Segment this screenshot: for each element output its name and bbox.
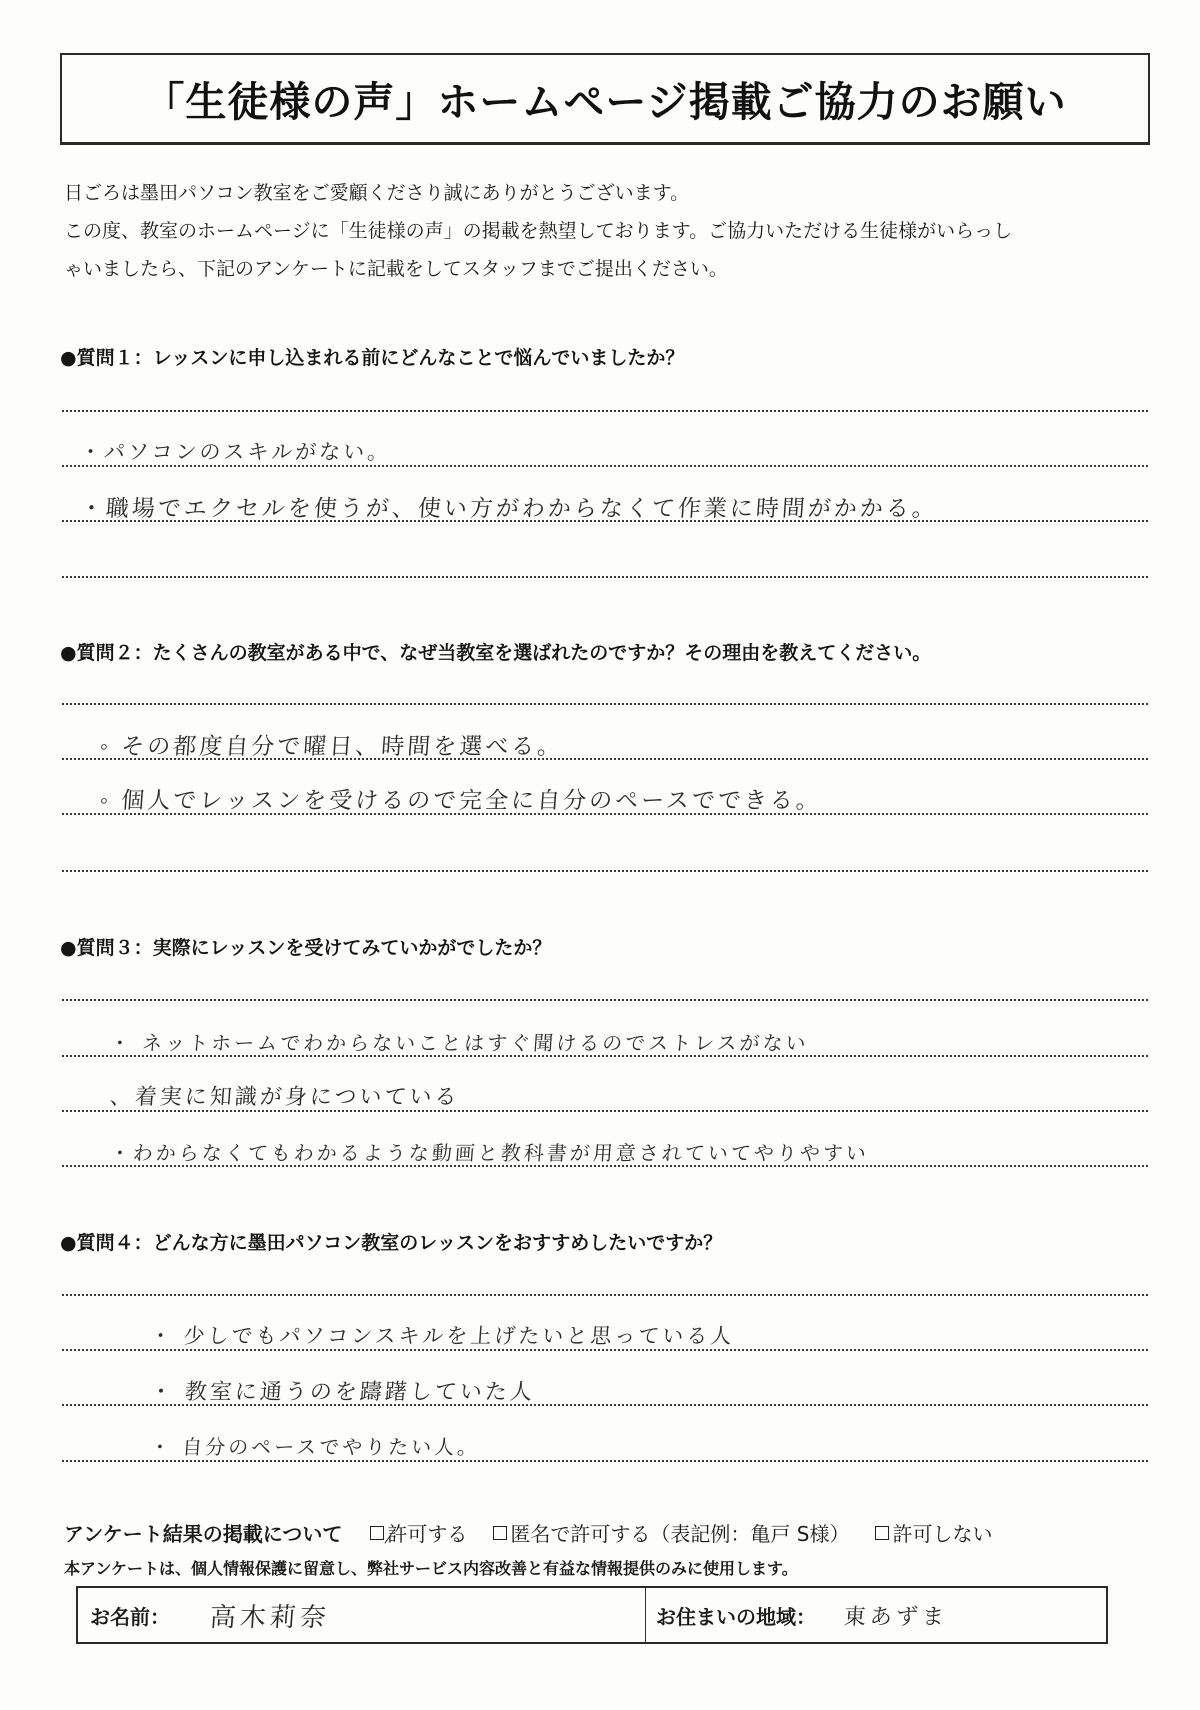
answer-line	[62, 410, 1148, 412]
name-field[interactable]: 高木莉奈	[209, 1597, 332, 1634]
checkbox-icon[interactable]	[493, 1526, 507, 1540]
answer-line	[62, 520, 1148, 522]
area-field[interactable]: 東あずま	[843, 1600, 949, 1631]
answer-line	[62, 1294, 1148, 1296]
answer-line	[62, 813, 1148, 815]
area-label: お住まいの地域：	[656, 1601, 816, 1630]
consent-option-deny[interactable]: 許可しない	[875, 1518, 992, 1547]
question-3-answer-3[interactable]: ・わからなくてもわかるような動画と教科書が用意されていてやりやすい	[109, 1137, 870, 1166]
name-label: お名前：	[90, 1601, 170, 1630]
answer-line	[62, 999, 1148, 1001]
answer-line	[62, 703, 1148, 705]
answer-line	[62, 1055, 1148, 1057]
consent-option-allow[interactable]: 許可する	[370, 1518, 467, 1547]
intro-line-2: この度、教室のホームページに「生徒様の声」の掲載を熱望しております。ご協力いただ…	[64, 216, 1012, 243]
title-box: 「生徒様の声」ホームページ掲載ご協力のお願い	[60, 53, 1150, 145]
question-3-answer-1[interactable]: ・ ネットホームでわからないことはすぐ聞けるのでストレスがない	[109, 1027, 810, 1056]
question-4-answer-2[interactable]: ・ 教室に通うのを躊躇していた人	[149, 1375, 536, 1406]
question-3-answer-2[interactable]: 、着実に知識が身についている	[109, 1080, 461, 1111]
consent-label: アンケート結果の掲載について	[64, 1518, 342, 1547]
intro-line-1: 日ごろは墨田パソコン教室をご愛顧くださり誠にありがとうございます。	[64, 178, 689, 205]
answer-line	[62, 1165, 1148, 1167]
respondent-info-box: お名前： 高木莉奈 お住まいの地域： 東あずま	[76, 1586, 1108, 1644]
answer-line	[62, 870, 1148, 872]
answer-line	[62, 1460, 1148, 1462]
checkbox-checked-icon[interactable]	[370, 1526, 384, 1540]
privacy-notice: 本アンケートは、個人情報保護に留意し、弊社サービス内容改善と有益な情報提供のみに…	[64, 1556, 798, 1579]
answer-line	[62, 758, 1148, 760]
question-1-answer-1[interactable]: ・パソコンのスキルがない。	[79, 436, 392, 466]
question-4-heading: ●質問４：どんな方に墨田パソコン教室のレッスンをおすすめしたいですか？	[60, 1228, 722, 1255]
answer-line	[62, 1349, 1148, 1351]
question-4-answer-1[interactable]: ・ 少しでもパソコンスキルを上げたいと思っている人	[149, 1320, 736, 1350]
question-1-heading: ●質問１：レッスンに申し込まれる前にどんなことで悩んでいましたか？	[60, 343, 684, 370]
answer-line	[62, 576, 1148, 578]
intro-line-3: ゃいましたら、下記のアンケートに記載をしてスタッフまでご提出ください。	[64, 254, 728, 281]
consent-option-anonymous[interactable]: 匿名で許可する（表記例：亀戸 S様）	[493, 1518, 849, 1547]
name-cell: お名前： 高木莉奈	[78, 1588, 646, 1642]
checkbox-icon[interactable]	[875, 1526, 889, 1540]
question-2-heading: ●質問２：たくさんの教室がある中で、なぜ当教室を選ばれたのですか？その理由を教え…	[60, 638, 931, 665]
area-cell: お住まいの地域： 東あずま	[646, 1588, 1106, 1642]
answer-line	[62, 1404, 1148, 1406]
answer-line	[62, 1110, 1148, 1112]
question-2-answer-1[interactable]: ◦ その都度自分で曜日、時間を選べる。	[99, 728, 565, 761]
question-1-answer-2[interactable]: ・職場でエクセルを使うが、使い方がわからなくて作業に時間がかかる。	[79, 490, 939, 523]
consent-row: アンケート結果の掲載について 許可する 匿名で許可する（表記例：亀戸 S様） 許…	[64, 1518, 1018, 1547]
question-2-answer-2[interactable]: ◦ 個人でレッスンを受けるので完全に自分のペースでできる。	[99, 782, 823, 815]
answer-line	[62, 465, 1148, 467]
question-4-answer-3[interactable]: ・ 自分のペースでやりたい人。	[149, 1431, 481, 1460]
question-3-heading: ●質問３：実際にレッスンを受けてみていかがでしたか？	[60, 933, 551, 960]
page-title: 「生徒様の声」ホームページ掲載ご協力のお願い	[143, 69, 1066, 128]
